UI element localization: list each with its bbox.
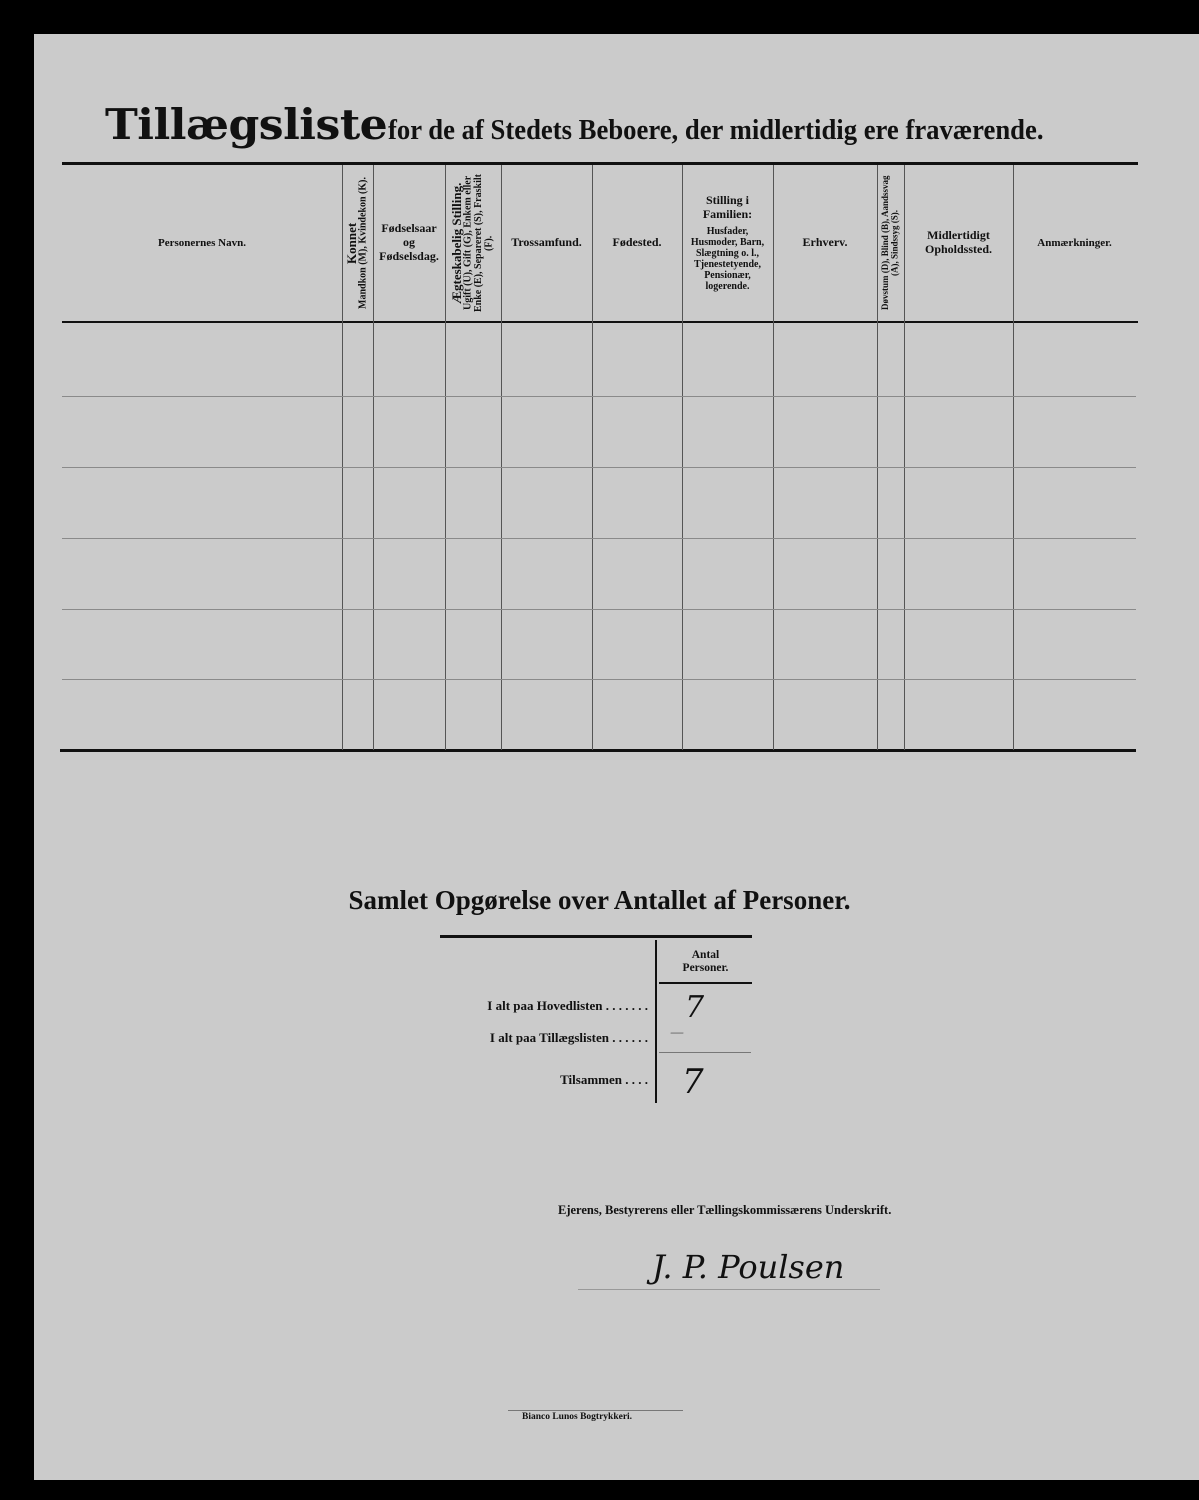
col-header-fodselsaar: Fødselsaar og Fødselsdag. (373, 165, 445, 321)
printer-rule (508, 1410, 683, 1411)
summary-label-hovedlisten: I alt paa Hovedlisten . . . . . . . (487, 998, 648, 1014)
form-title-main: Tillægsliste (105, 100, 387, 149)
header-bottom-rule (62, 321, 1138, 323)
summary-header-rule (659, 982, 752, 984)
form-title: Tillægslistefor de af Stedets Beboere, d… (105, 100, 1100, 149)
form-title-emphasis: fraværende. (905, 114, 1043, 146)
row-divider (62, 538, 1136, 539)
col-header-erhverv: Erhverv. (773, 165, 877, 321)
row-divider (62, 679, 1136, 680)
summary-value-tilsammen: 7 (682, 1062, 704, 1102)
signature-caption: Ejerens, Bestyrerens eller Tællingskommi… (558, 1203, 891, 1218)
printer-imprint: Bianco Lunos Bogtrykkeri. (522, 1412, 632, 1422)
col-header-trossamfund: Trossamfund. (501, 165, 592, 321)
col-header-fodested: Fødested. (592, 165, 682, 321)
col-header-aegteskab: Ægteskabelig Stilling.Ugift (U), Gift (G… (445, 165, 501, 321)
col-header-stilling: Stilling i Familien: Husfader, Husmoder,… (682, 165, 773, 321)
summary-total-rule (659, 1052, 751, 1053)
col-header-anmaerkninger: Anmærkninger. (1013, 165, 1136, 321)
summary-value-hovedlisten: 7 (685, 990, 704, 1025)
summary-top-rule (440, 935, 752, 938)
table-bottom-rule (60, 749, 1136, 752)
summary-title: Samlet Opgørelse over Antallet af Person… (0, 885, 1199, 916)
summary-value-tillaegslisten: — (670, 1025, 684, 1041)
summary-divider (655, 940, 657, 1103)
row-divider (62, 396, 1136, 397)
summary-label-tillaegslisten: I alt paa Tillægslisten . . . . . . (490, 1030, 648, 1046)
summary-column-header: Antal Personer. (659, 942, 752, 982)
row-divider (62, 467, 1136, 468)
row-divider (62, 609, 1136, 610)
summary-label-tilsammen: Tilsammen . . . . (560, 1072, 648, 1088)
form-title-subtitle: for de af Stedets Beboere, der midlertid… (388, 114, 1044, 147)
col-header-navn: Personernes Navn. (62, 165, 342, 321)
col-header-kjonnet: KonnetMandkon (M), Kvindekon (K). (342, 165, 373, 321)
col-header-dovstum: Døvstum (D), Blind (B), Aandssvag (A), S… (877, 165, 904, 321)
signature-line (578, 1289, 880, 1290)
col-header-ophold: Midlertidigt Opholdssted. (904, 165, 1013, 321)
signature: J. P. Poulsen (652, 1248, 844, 1286)
